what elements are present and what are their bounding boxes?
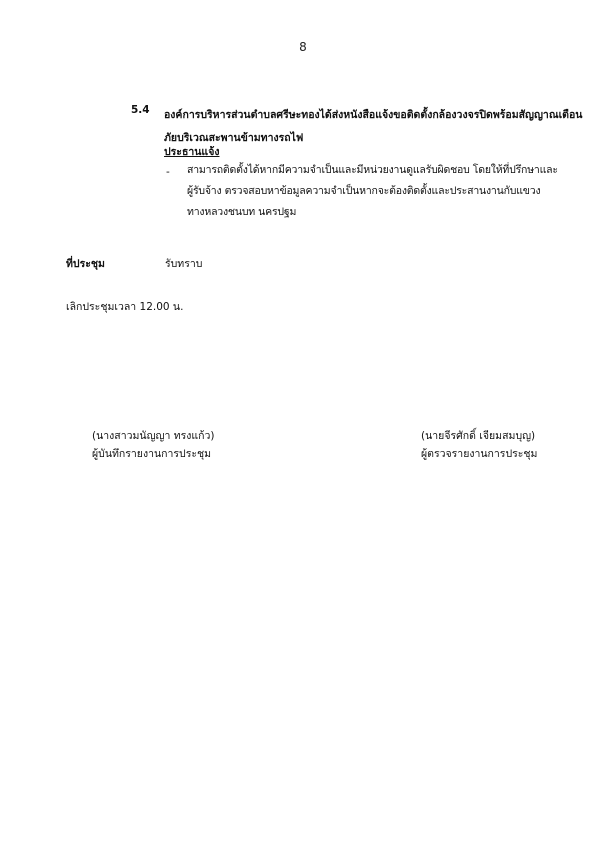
- agenda-item-number: 5.4: [131, 104, 150, 116]
- signature-role: ผู้ตรวจรายงานการประชุม: [421, 445, 537, 463]
- signature-recorder: (นางสาวมนัญญา ทรงแก้ว) ผู้บันทึกรายงานกา…: [92, 427, 215, 463]
- adjournment-time: เลิกประชุมเวลา 12.00 น.: [66, 298, 183, 315]
- resolution-value: รับทราบ: [165, 255, 202, 272]
- signature-name: (นายจีรศักดิ์ เจียมสมบุญ): [421, 427, 537, 445]
- bullet-marker: -: [166, 166, 170, 178]
- chairman-announcement-heading: ประธานแจ้ง: [164, 143, 219, 160]
- signature-role: ผู้บันทึกรายงานการประชุม: [92, 445, 215, 463]
- agenda-item-title-line1: องค์การบริหารส่วนตำบลศรีษะทองได้ส่งหนังส…: [164, 104, 584, 127]
- page-number: 8: [0, 40, 606, 54]
- bullet-text: สามารถติดตั้งได้หากมีความจำเป็นและมีหน่ว…: [187, 160, 572, 223]
- signature-name: (นางสาวมนัญญา ทรงแก้ว): [92, 427, 215, 445]
- resolution-label: ที่ประชุม: [66, 255, 105, 272]
- agenda-item-title-line2: ภัยบริเวณสะพานข้ามทางรถไฟ: [164, 127, 584, 150]
- signature-reviewer: (นายจีรศักดิ์ เจียมสมบุญ) ผู้ตรวจรายงานก…: [421, 427, 537, 463]
- agenda-item-title: องค์การบริหารส่วนตำบลศรีษะทองได้ส่งหนังส…: [164, 104, 584, 150]
